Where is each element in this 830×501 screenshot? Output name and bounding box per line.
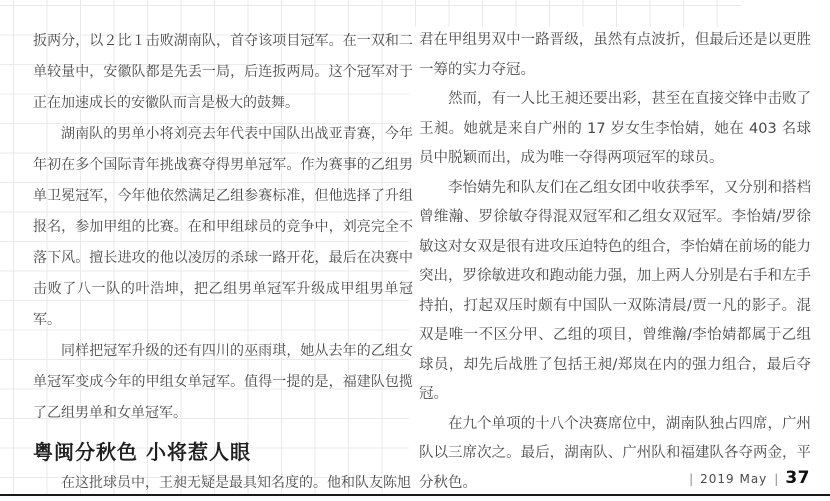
footer-separator: | [689, 472, 693, 486]
footer-date: 2019 May [700, 472, 767, 486]
page-footer: | 2019 May | 37 [689, 468, 810, 488]
article-right-column: 君在甲组男双中一路晋级，虽然有点波折，但最后还是以更胜一筹的实力夺冠。 然而，有… [419, 26, 811, 498]
paragraph: 君在甲组男双中一路晋级，虽然有点波折，但最后还是以更胜一筹的实力夺冠。 [419, 26, 811, 85]
footer-page-number: 37 [785, 468, 810, 488]
paragraph: 湖南队的男单小将刘亮去年代表中国队出战亚青赛，今年年初在多个国际青年挑战赛夺得男… [33, 119, 413, 336]
article-left-column: 扳两分，以２比１击败湖南队，首夺该项目冠军。在一双和二单较量中，安徽队都是先丢一… [33, 26, 413, 499]
paragraph: 同样把冠军升级的还有四川的巫雨琪，她从去年的乙组女单冠军变成今年的甲组女单冠军。… [33, 336, 413, 429]
paragraph: 扳两分，以２比１击败湖南队，首夺该项目冠军。在一双和二单较量中，安徽队都是先丢一… [33, 26, 413, 119]
magazine-page: 扳两分，以２比１击败湖南队，首夺该项目冠军。在一双和二单较量中，安徽队都是先丢一… [0, 0, 830, 501]
paragraph: 然而，有一人比王昶还要出彩，甚至在直接交锋中击败了王昶。她就是来自广州的 17 … [419, 85, 811, 174]
paragraph: 李怡婧先和队友们在乙组女团中收获季军，又分别和搭档曾维瀚、罗徐敏夺得混双冠军和乙… [419, 174, 811, 410]
footer-separator: | [774, 472, 778, 486]
section-heading: 粤闽分秋色 小将惹人眼 [33, 438, 413, 466]
bottom-rule [0, 494, 830, 496]
